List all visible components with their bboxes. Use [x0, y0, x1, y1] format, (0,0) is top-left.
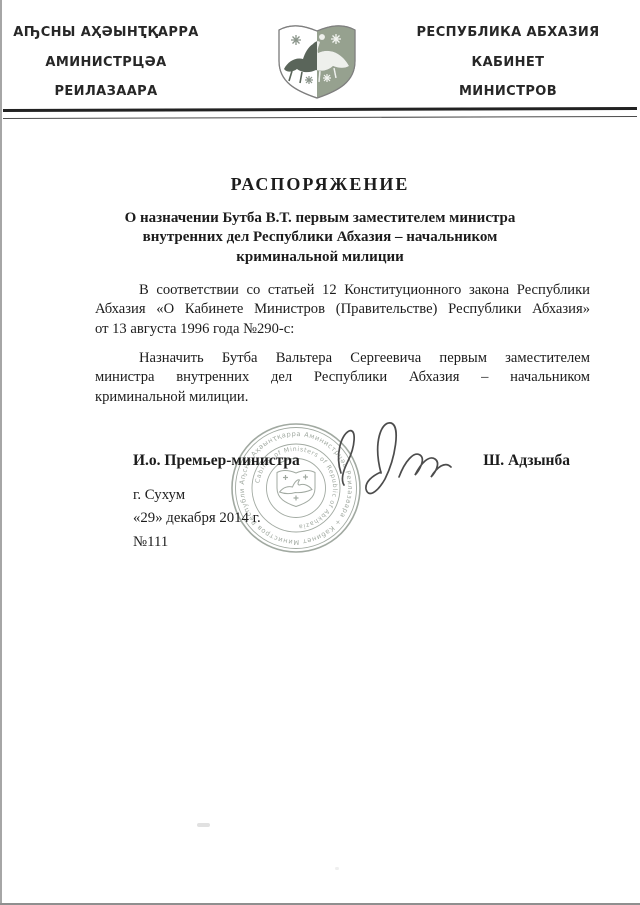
paragraph-resolution: Назначить Бутба Вальтера Сергеевича перв…	[95, 349, 590, 407]
header-left-line: РЕИЛАЗААРА	[0, 77, 212, 107]
paragraph-line: В соответствии со статьей 12 Конституцио…	[95, 281, 590, 300]
header-right-line: КАБИНЕТ	[392, 48, 624, 78]
header-right-line: МИНИСТРОВ	[392, 77, 624, 107]
document-title: РАСПОРЯЖЕНИЕ	[0, 174, 640, 195]
stamp-center-shield	[277, 470, 315, 506]
footer-document-number: №111	[133, 534, 168, 551]
paragraph-line: министра внутренних дел Республики Абхаз…	[95, 368, 590, 387]
signer-name: Ш. Адзынба	[483, 452, 570, 470]
header-left-line: АҦСНЫ АҲӘЫНҬҚАРРА	[0, 18, 212, 48]
star-icon	[331, 34, 341, 44]
header-left-line: АМИНИСТРЦӘА	[0, 48, 212, 78]
paragraph-line: от 13 августа 1996 года №290-с:	[95, 320, 590, 339]
subject-line: криминальной милиции	[90, 248, 550, 267]
subject-line: внутренних дел Республики Абхазия – нача…	[90, 228, 550, 247]
scan-left-edge	[0, 0, 2, 905]
footer-city: г. Сухум	[133, 487, 185, 504]
header-divider-rule	[3, 107, 637, 119]
star-icon	[305, 76, 313, 84]
scan-smudge	[335, 867, 339, 870]
header-right-line: РЕСПУБЛИКА АБХАЗИЯ	[392, 18, 624, 48]
document-subject: О назначении Бутба В.Т. первым заместите…	[90, 209, 550, 267]
scanned-document-page: АҦСНЫ АҲӘЫНҬҚАРРА АМИНИСТРЦӘА РЕИЛАЗААРА	[0, 0, 640, 905]
footer-date: «29» декабря 2014 г.	[133, 510, 261, 527]
handwritten-signature	[315, 411, 465, 506]
paragraph-line: Абхазия «О Кабинете Министров (Правитель…	[95, 300, 590, 319]
star-icon	[291, 35, 301, 45]
star-icon	[323, 74, 331, 82]
scan-smudge	[197, 823, 210, 827]
abkhazia-coat-of-arms-icon	[272, 19, 362, 103]
header-right-russian: РЕСПУБЛИКА АБХАЗИЯ КАБИНЕТ МИНИСТРОВ	[392, 18, 624, 107]
paragraph-preamble: В соответствии со статьей 12 Конституцио…	[95, 281, 590, 339]
paragraph-line: Назначить Бутба Вальтера Сергеевича перв…	[95, 349, 590, 368]
signer-position: И.о. Премьер-министра	[133, 452, 300, 470]
paragraph-line: криминальной милиции.	[95, 388, 590, 407]
subject-line: О назначении Бутба В.Т. первым заместите…	[90, 209, 550, 228]
header-left-abkhaz: АҦСНЫ АҲӘЫНҬҚАРРА АМИНИСТРЦӘА РЕИЛАЗААРА	[0, 18, 212, 107]
